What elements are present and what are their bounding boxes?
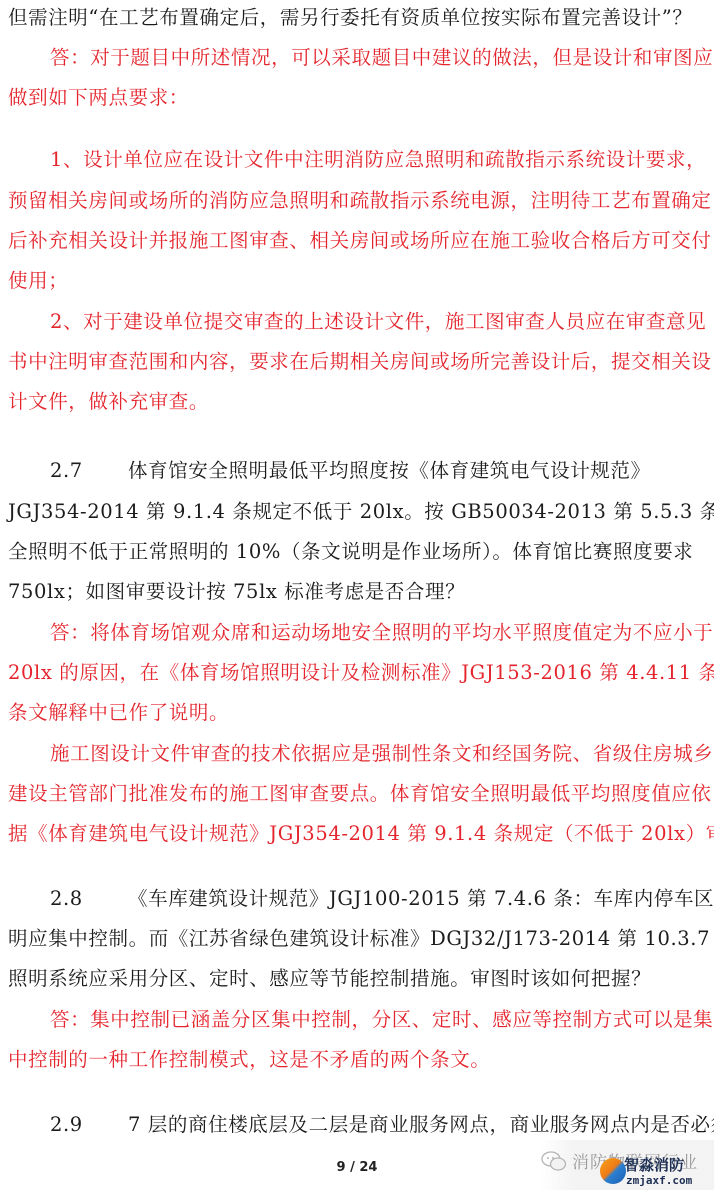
logo-url: zmjaxf.com	[626, 1174, 692, 1187]
answer-text: 中控制的一种工作控制模式，这是不矛盾的两个条文。	[8, 1045, 706, 1075]
answer-text: 使用；	[8, 266, 706, 296]
answer-text: 建设主管部门批准发布的施工图审查要点。体育馆安全照明最低平均照度值应依	[8, 779, 706, 809]
question-number: 2.8	[50, 884, 128, 914]
question-2-8: 2.8《车库建筑设计规范》JGJ100-2015 第 7.4.6 条：车库内停车…	[50, 884, 706, 914]
question-text: JGJ354-2014 第 9.1.4 条规定不低于 20lx。按 GB5003…	[8, 497, 706, 527]
answer-text: 做到如下两点要求：	[8, 83, 706, 113]
question-text: 照明系统应采用分区、定时、感应等节能控制措施。审图时该如何把握？	[8, 964, 706, 994]
question-text: 750lx；如图审要设计按 75lx 标准考虑是否合理？	[8, 577, 706, 607]
question-text: 7 层的商住楼底层及二层是商业服务网点，商业服务网点内是否必须	[128, 1113, 714, 1136]
answer-intro: 答：对于题目中所述情况，可以采取题目中建议的做法，但是设计和审图应	[50, 43, 706, 73]
answer-text: 施工图设计文件审查的技术依据应是强制性条文和经国务院、省级住房城乡	[50, 739, 706, 769]
wechat-icon	[540, 1150, 568, 1172]
answer-2-7: 答：将体育场馆观众席和运动场地安全照明的平均水平照度值定为不应小于	[50, 618, 706, 648]
answer-text: 后补充相关设计并报施工图审查、相关房间或场所应在施工验收合格后方可交付	[8, 226, 706, 256]
document-page: 但需注明“在工艺布置确定后，需另行委托有资质单位按实际布置完善设计”？ 答：对于…	[0, 0, 714, 1190]
question-text: 《车库建筑设计规范》JGJ100-2015 第 7.4.6 条：车库内停车区域照	[128, 887, 714, 910]
answer-text: 预留相关房间或场所的消防应急照明和疏散指示系统电源，注明待工艺布置确定	[8, 186, 706, 216]
answer-text: 据《体育建筑电气设计规范》JGJ354-2014 第 9.1.4 条规定（不低于…	[8, 819, 706, 849]
answer-point-2: 2、对于建设单位提交审查的上述设计文件，施工图审查人员应在审查意见	[50, 307, 706, 337]
answer-text: 书中注明审查范围和内容，要求在后期相关房间或场所完善设计后，提交相关设	[8, 347, 706, 377]
answer-text: 20lx 的原因，在《体育场馆照明设计及检测标准》JGJ153-2016 第 4…	[8, 658, 706, 688]
question-text: 明应集中控制。而《江苏省绿色建筑设计标准》DGJ32/J173-2014 第 1…	[8, 924, 706, 954]
question-number: 2.7	[50, 456, 128, 486]
question-text: 体育馆安全照明最低平均照度按《体育建筑电气设计规范》	[128, 459, 651, 482]
answer-text: 计文件，做补充审查。	[8, 387, 706, 417]
question-text: 全照明不低于正常照明的 10%（条文说明是作业场所）。体育馆比赛照度要求	[8, 537, 706, 567]
question-number: 2.9	[50, 1110, 128, 1140]
logo-name: 智淼消防	[624, 1154, 684, 1175]
question-2-9: 2.97 层的商住楼底层及二层是商业服务网点，商业服务网点内是否必须	[50, 1110, 706, 1140]
question-2-7: 2.7体育馆安全照明最低平均照度按《体育建筑电气设计规范》	[50, 456, 706, 486]
answer-point-1: 1、设计单位应在设计文件中注明消防应急照明和疏散指示系统设计要求，	[50, 145, 706, 175]
question-continuation: 但需注明“在工艺布置确定后，需另行委托有资质单位按实际布置完善设计”？	[8, 3, 706, 33]
answer-2-8: 答：集中控制已涵盖分区集中控制，分区、定时、感应等控制方式可以是集	[50, 1005, 706, 1035]
logo-icon	[600, 1158, 626, 1184]
answer-text: 条文解释中已作了说明。	[8, 698, 706, 728]
